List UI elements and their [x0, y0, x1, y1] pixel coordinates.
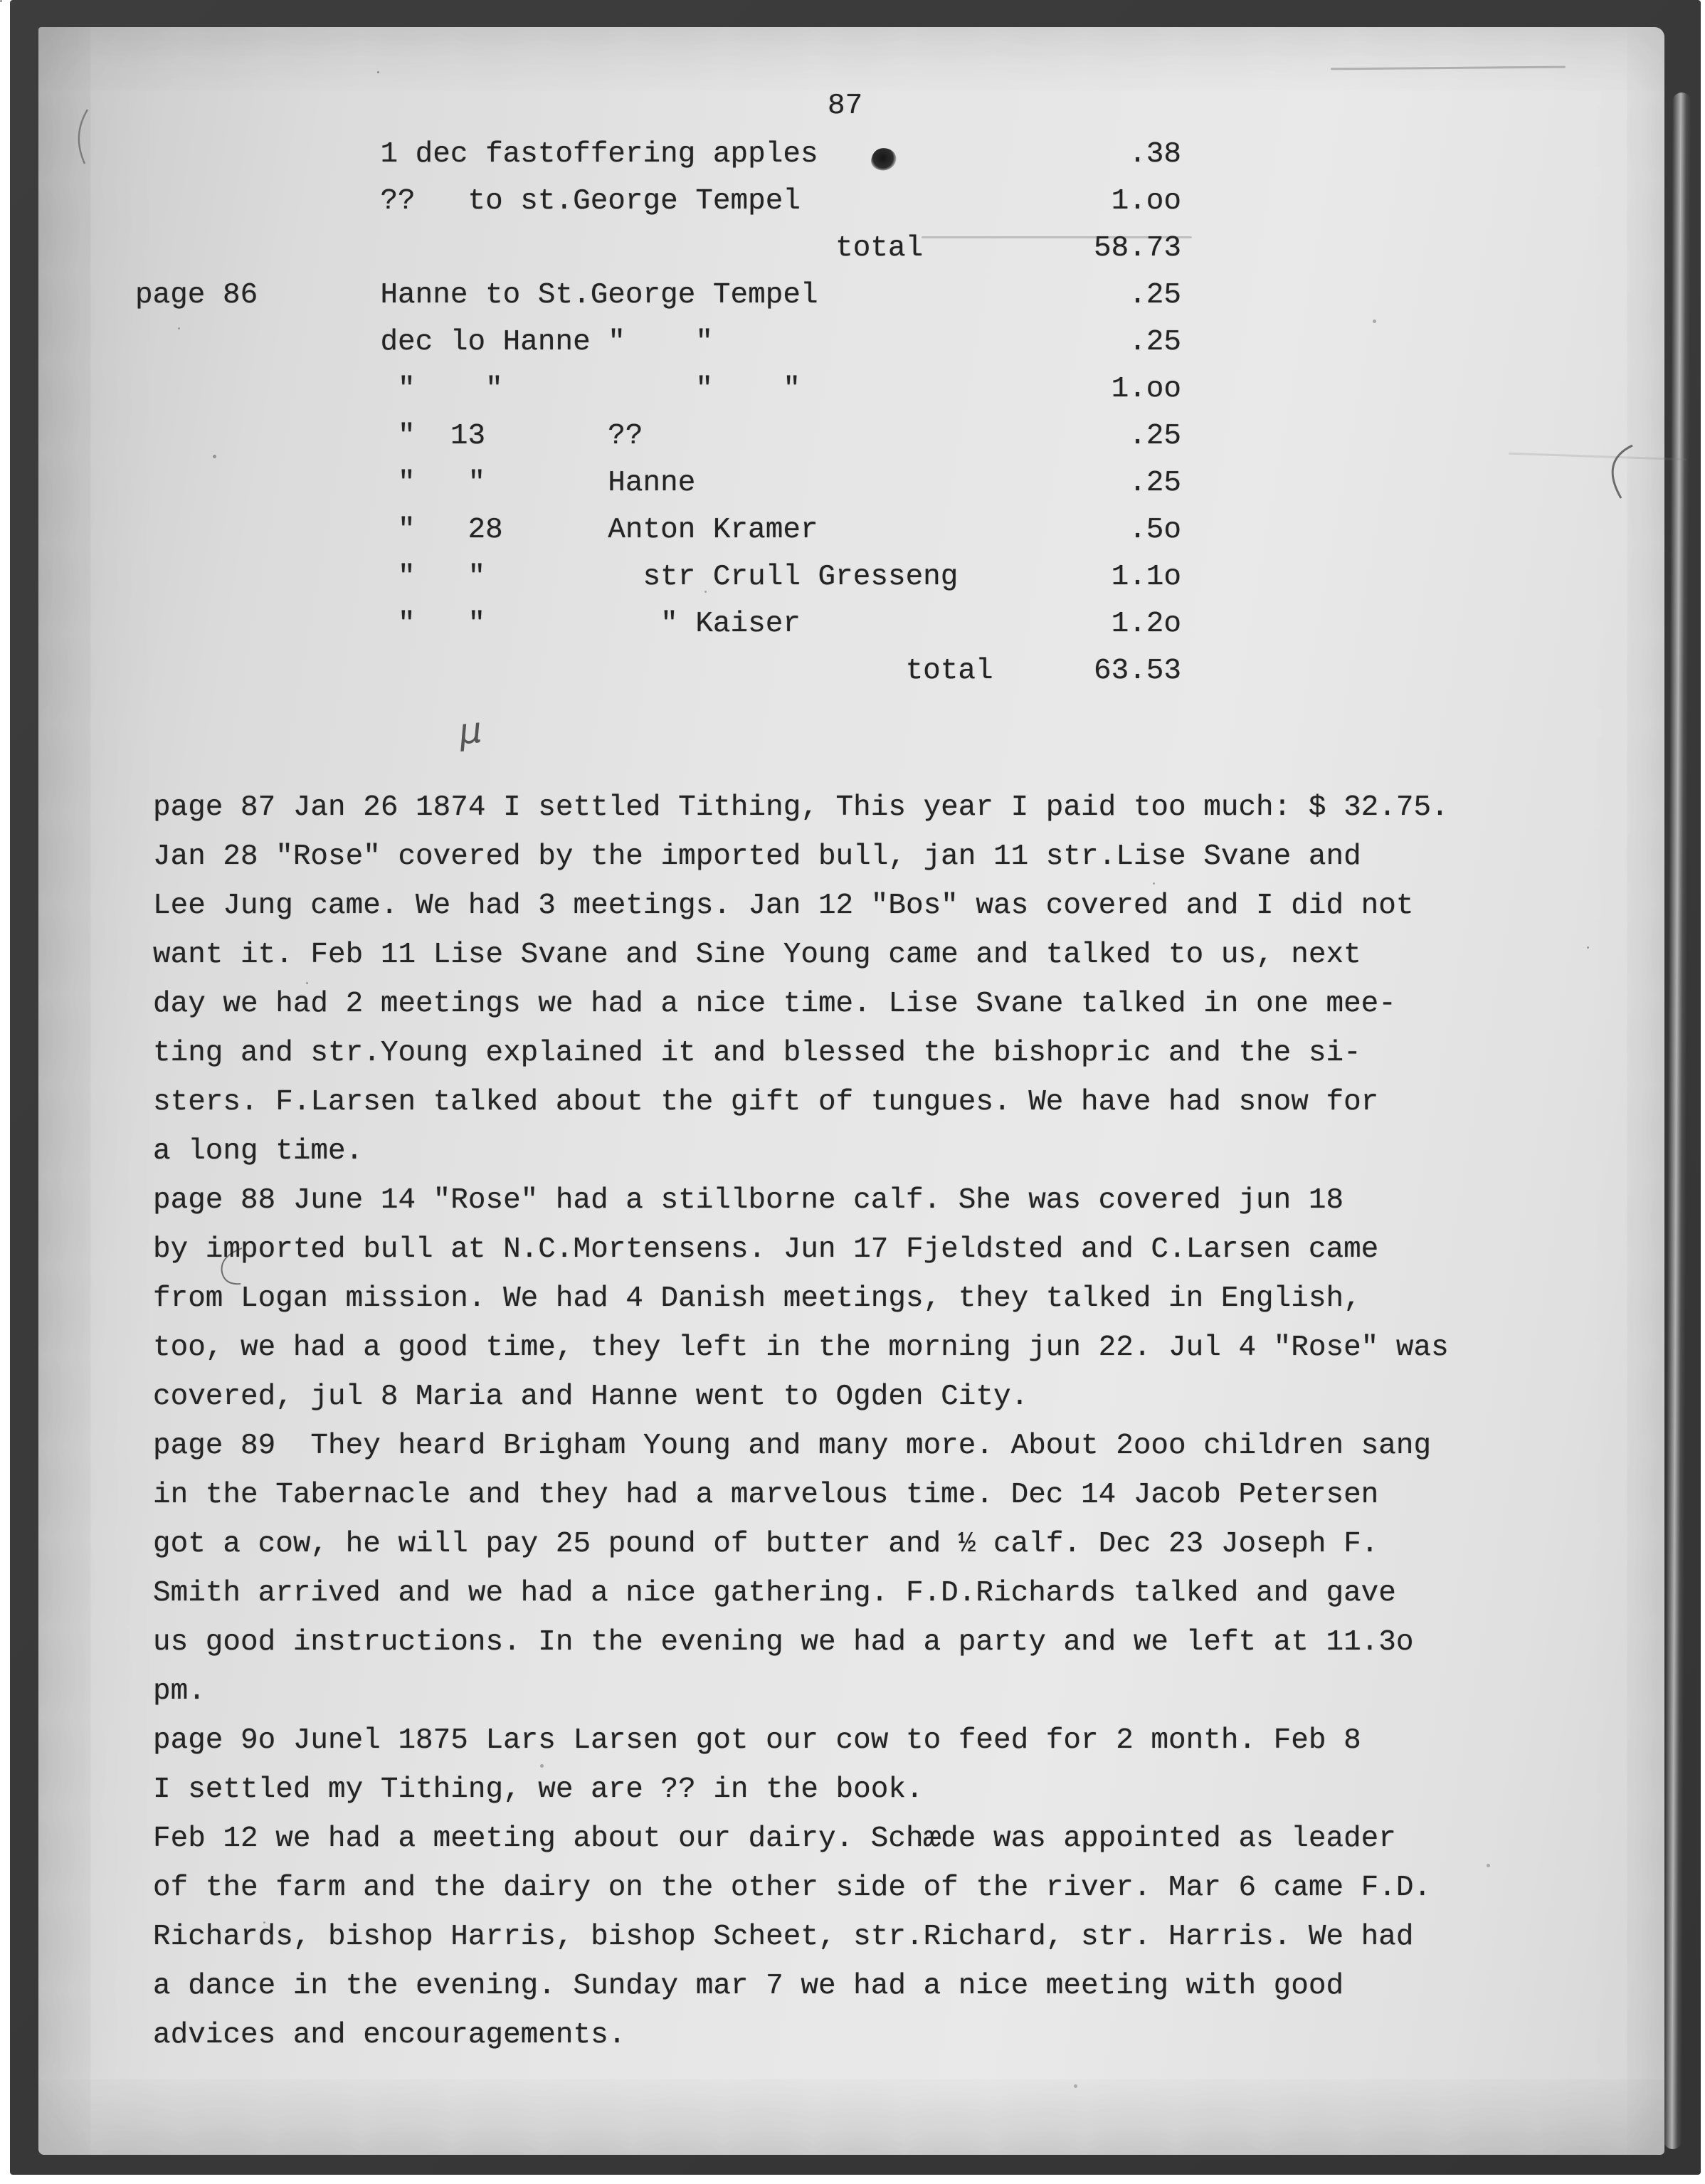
journal-line: day we had 2 meetings we had a nice time… — [153, 989, 1396, 1020]
journal-line: us good instructions. In the evening we … — [153, 1628, 1414, 1658]
ledger-row-amount: 1.2o — [939, 609, 1181, 640]
journal-line: I settled my Tithing, we are ?? in the b… — [153, 1775, 924, 1805]
journal-line: sters. F.Larsen talked about the gift of… — [153, 1087, 1378, 1118]
journal-line: want it. Feb 11 Lise Svane and Sine Youn… — [153, 940, 1361, 971]
journal-line: Smith arrived and we had a nice gatherin… — [153, 1578, 1396, 1609]
ledger-row-text: dec lo Hanne " " — [135, 327, 713, 358]
journal-line: a long time. — [153, 1136, 363, 1167]
journal-line: Feb 12 we had a meeting about our dairy.… — [153, 1824, 1396, 1855]
ledger-row-text: page 86 Hanne to St.George Tempel — [135, 280, 818, 311]
journal-line: too, we had a good time, they left in th… — [153, 1333, 1449, 1363]
ledger-row-text: " 13 ?? — [135, 421, 643, 452]
ledger-row-text: " 28 Anton Kramer — [135, 515, 818, 546]
ledger-row-text: total — [135, 656, 993, 687]
ledger-row: " " " Kaiser1.2o — [0, 609, 1705, 656]
journal-line: Jan 28 "Rose" covered by the imported bu… — [153, 842, 1361, 872]
ledger-row-amount: .25 — [939, 327, 1181, 358]
journal-line: page 89 They heard Brigham Young and man… — [153, 1431, 1431, 1462]
journal-line: Lee Jung came. We had 3 meetings. Jan 12… — [153, 891, 1414, 922]
ledger-row: " 28 Anton Kramer.5o — [0, 515, 1705, 562]
ledger-row-text: " " str Crull Gresseng — [135, 562, 958, 593]
scanned-document: 87 1 dec fastoffering apples.38 ?? to st… — [0, 0, 1705, 2184]
ledger-row-amount: 1.1o — [939, 562, 1181, 593]
ledger-row-amount: 63.53 — [939, 656, 1181, 687]
ledger-row-text: " " Hanne — [135, 468, 695, 499]
ledger-row: total63.53 — [0, 656, 1705, 703]
journal-line: from Logan mission. We had 4 Danish meet… — [153, 1284, 1361, 1314]
journal-line: page 87 Jan 26 1874 I settled Tithing, T… — [153, 793, 1449, 823]
ledger-row-text: " " " Kaiser — [135, 609, 801, 640]
journal-line: covered, jul 8 Maria and Hanne went to O… — [153, 1382, 1028, 1413]
ledger-row-text: 1 dec fastoffering apples — [135, 139, 818, 170]
handwritten-mu-mark: μ — [457, 709, 484, 752]
ledger-row-text: " " " " — [135, 374, 801, 405]
journal-line: got a cow, he will pay 25 pound of butte… — [153, 1529, 1378, 1560]
page-number: 87 — [828, 91, 862, 122]
ledger-row: total58.73 — [0, 233, 1705, 280]
journal-line: advices and encouragements. — [153, 2020, 625, 2051]
ledger-row-amount: .5o — [939, 515, 1181, 546]
journal-line: in the Tabernacle and they had a marvelo… — [153, 1480, 1378, 1511]
ledger-row: " " " "1.oo — [0, 374, 1705, 421]
journal-line: a dance in the evening. Sunday mar 7 we … — [153, 1971, 1344, 2002]
ledger-row-amount: .38 — [939, 139, 1181, 170]
ledger-row-text: ?? to st.George Tempel — [135, 186, 801, 217]
ledger-row-amount: .25 — [939, 468, 1181, 499]
journal-line: pm. — [153, 1677, 206, 1707]
ledger-row-amount: .25 — [939, 280, 1181, 311]
ledger-row-text: total — [135, 233, 923, 264]
journal-line: Richards, bishop Harris, bishop Scheet, … — [153, 1922, 1414, 1953]
ink-layer: 87 1 dec fastoffering apples.38 ?? to st… — [0, 0, 1705, 2184]
journal-line: page 88 June 14 "Rose" had a stillborne … — [153, 1186, 1344, 1216]
ledger-row-amount: 58.73 — [939, 233, 1181, 264]
journal-line: by imported bull at N.C.Mortensens. Jun … — [153, 1235, 1378, 1265]
ledger-row: page 86 Hanne to St.George Tempel.25 — [0, 280, 1705, 327]
ledger-row: " " str Crull Gresseng1.1o — [0, 562, 1705, 609]
ledger-row: dec lo Hanne " ".25 — [0, 327, 1705, 374]
ledger-row-amount: 1.oo — [939, 186, 1181, 217]
ledger-row: ?? to st.George Tempel1.oo — [0, 186, 1705, 233]
journal-line: of the farm and the dairy on the other s… — [153, 1873, 1431, 1904]
journal-line: ting and str.Young explained it and bles… — [153, 1038, 1361, 1069]
journal-line: page 9o Junel 1875 Lars Larsen got our c… — [153, 1726, 1361, 1756]
ledger-row-amount: .25 — [939, 421, 1181, 452]
ledger-row: 1 dec fastoffering apples.38 — [0, 139, 1705, 186]
ledger-row: " " Hanne.25 — [0, 468, 1705, 515]
ledger-row-amount: 1.oo — [939, 374, 1181, 405]
ledger-row: " 13 ??.25 — [0, 421, 1705, 468]
